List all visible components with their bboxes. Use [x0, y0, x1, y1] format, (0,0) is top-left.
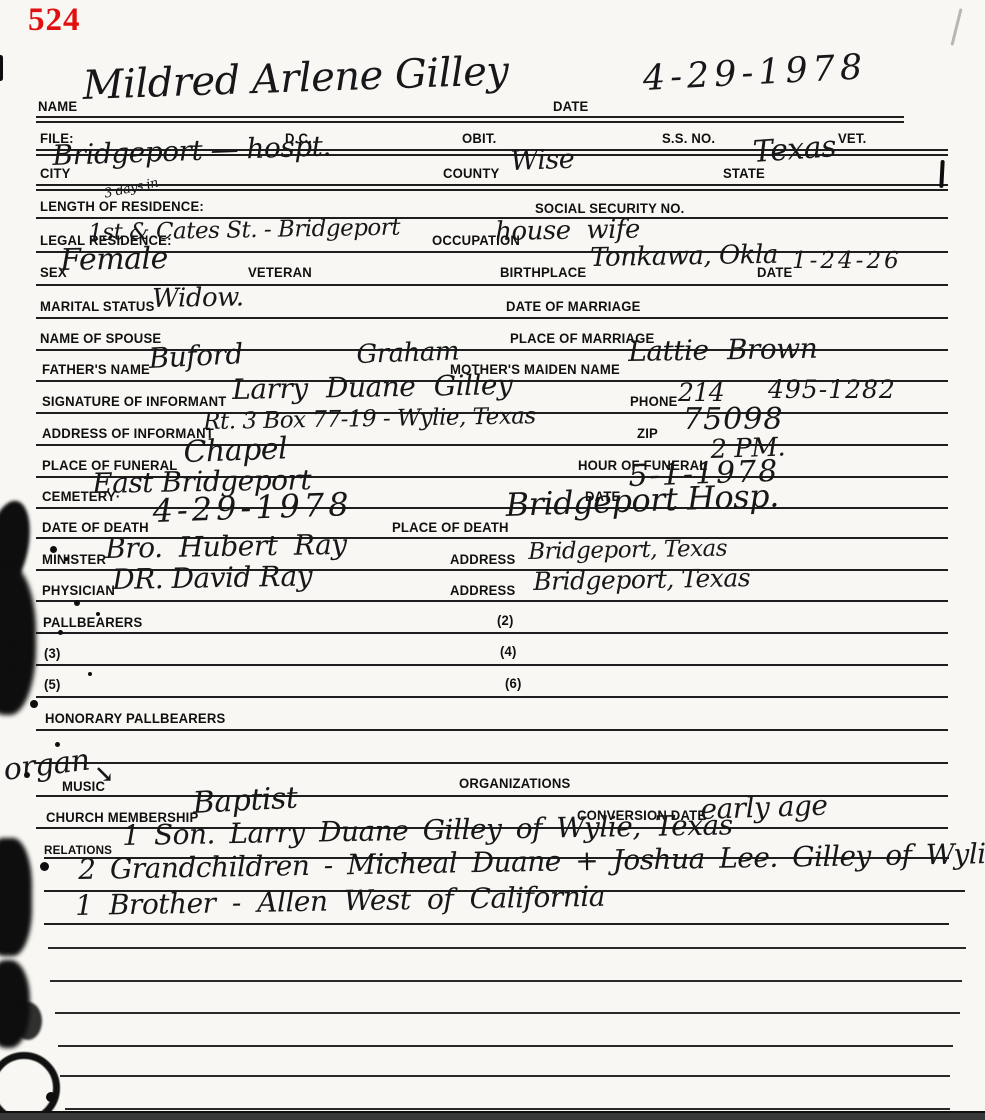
state-value: Texas [752, 132, 837, 168]
obit-label: OBIT. [462, 131, 496, 146]
mothers-maiden-name-value: Lattie Brown [628, 335, 818, 366]
phone-label: PHONE [630, 394, 678, 409]
vet-label: VET. [838, 131, 866, 146]
minister-address-value: Bridgeport, Texas [528, 538, 727, 564]
veteran-label: VETERAN [248, 265, 312, 280]
ink-speck [74, 600, 80, 606]
city-annotation: 3 days in [103, 177, 159, 201]
ink-speck [58, 630, 63, 635]
rule-line [36, 632, 948, 634]
rule-line [36, 729, 948, 731]
physician-value: DR. David Ray [112, 563, 312, 594]
birthplace-value: Tonkawa, Okla [590, 242, 778, 271]
informant-address-value: Rt. 3 Box 77-19 - Wylie, Texas [203, 405, 536, 434]
fathers-surname-value: Graham [356, 338, 459, 368]
sex-value: Female [60, 244, 168, 276]
rule-line [36, 189, 948, 191]
ink-ring [0, 1052, 60, 1120]
rule-line [36, 444, 948, 446]
arrow-icon: ↘ [94, 762, 114, 786]
ink-blot [14, 1002, 42, 1040]
relations-line-3: 1 Brother - Allen West of California [75, 883, 605, 920]
physician-label: PHYSICIAN [42, 583, 115, 598]
marital-status-label: MARITAL STATUS [40, 299, 155, 314]
ink-speck [64, 557, 68, 561]
county-value: Wise [510, 146, 575, 175]
minister-label: MINISTER [42, 552, 106, 567]
ink-blot [6, 642, 30, 672]
rule-line [36, 317, 948, 319]
rule-line [48, 947, 966, 949]
ink-speck [55, 742, 60, 747]
marital-status-value: Widow. [152, 284, 244, 312]
ink-speck [88, 672, 92, 676]
rule-line [44, 923, 949, 925]
place-of-death-value: Bridgeport Hosp. [505, 479, 779, 521]
rule-line [50, 980, 962, 982]
ink-speck [46, 1092, 56, 1102]
length-of-residence-label: LENGTH OF RESIDENCE: [40, 199, 204, 214]
rule-line [58, 1045, 953, 1047]
page-number: 524 [28, 2, 81, 39]
place-of-death-label: PLACE OF DEATH [392, 520, 509, 535]
ss-no-label: S.S. NO. [662, 131, 715, 146]
pallbearer-4-label: (4) [500, 644, 517, 659]
rule-line [36, 696, 948, 698]
rule-line [36, 184, 948, 186]
rule-line [36, 664, 948, 666]
birth-date-value: 1-24-26 [792, 250, 902, 273]
ink-speck [96, 612, 100, 616]
social-security-no-label: SOCIAL SECURITY NO. [535, 201, 684, 216]
date-of-death-value: 4-29-1978 [152, 488, 353, 527]
organizations-label: ORGANIZATIONS [459, 776, 570, 791]
minister-address-label: ADDRESS [450, 552, 515, 567]
minister-value: Bro. Hubert Ray [105, 531, 347, 563]
rule-line [36, 116, 904, 118]
city-value: Bridgeport — hospt. [52, 132, 331, 170]
birthplace-label: BIRTHPLACE [500, 265, 586, 280]
phone-number-value: 495-1282 [768, 377, 896, 402]
pallbearer-5-label: (5) [44, 677, 61, 692]
physician-address-label: ADDRESS [450, 583, 515, 598]
scan-artifact [0, 55, 3, 81]
rule-line [36, 762, 948, 764]
name-of-spouse-label: NAME OF SPOUSE [40, 331, 161, 346]
ink-speck [24, 772, 30, 778]
name-value: Mildred Arlene Gilley [82, 51, 509, 106]
rule-line [60, 1075, 950, 1077]
ink-blot [0, 565, 36, 715]
pallbearer-2-label: (2) [497, 613, 514, 628]
scan-edge-strip [0, 1111, 985, 1120]
ink-speck [50, 546, 57, 553]
fathers-name-value: Buford [148, 340, 243, 373]
pallbearers-label: PALLBEARERS [43, 615, 142, 630]
date-of-marriage-label: DATE OF MARRIAGE [506, 299, 641, 314]
scan-artifact [950, 8, 962, 46]
occupation-value: house wife [495, 216, 640, 245]
church-membership-value: Baptist [192, 784, 298, 819]
county-label: COUNTY [443, 166, 499, 181]
zip-label: ZIP [637, 426, 658, 441]
rule-line [55, 1012, 960, 1014]
ink-speck [40, 862, 49, 871]
rule-line [36, 121, 904, 123]
signature-of-informant-label: SIGNATURE OF INFORMANT [42, 394, 226, 409]
pallbearer-3-label: (3) [44, 646, 61, 661]
informant-signature-value: Larry Duane Gilley [232, 371, 513, 404]
rule-line [36, 600, 948, 602]
pallbearer-6-label: (6) [505, 676, 522, 691]
funeral-record-form: 524 NAME DATE FILE: D.C. OBIT. S.S. NO. … [0, 0, 985, 1120]
name-label: NAME [38, 99, 77, 114]
physician-address-value: Bridgeport, Texas [533, 565, 750, 594]
honorary-pallbearers-label: HONORARY PALLBEARERS [45, 711, 225, 726]
ink-blot [0, 838, 32, 956]
ink-speck [30, 700, 38, 708]
fathers-name-label: FATHER'S NAME [42, 362, 150, 377]
date-top-value: 4-29-1978 [642, 50, 868, 97]
date-label: DATE [553, 99, 588, 114]
rule-line [65, 1108, 950, 1110]
zip-value: 75098 [683, 405, 783, 435]
